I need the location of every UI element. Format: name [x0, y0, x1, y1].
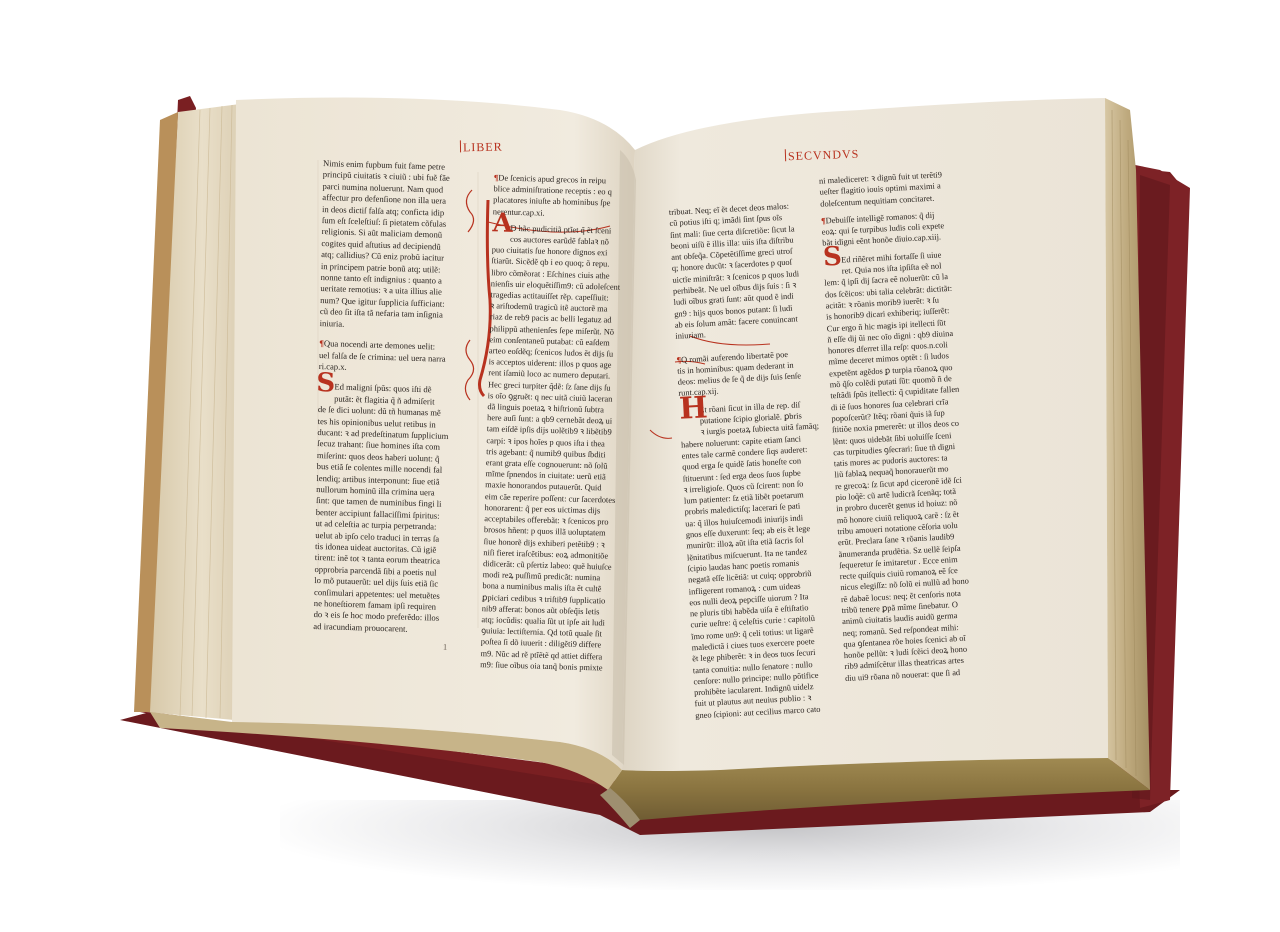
rubricated-initial-s: S: [823, 251, 842, 263]
right-page-column-2: ni malediceret: ꝛ dignũ fuit ut terẽti9 …: [819, 169, 975, 684]
rubric-bar: [785, 149, 786, 161]
left-page-column-2: ¶De ſcenicis apud grecos in reipu blice …: [480, 172, 624, 673]
running-head-right: SECVNDVS: [785, 147, 860, 165]
right-page-column-1: tribuat. Neq; eĩ ẽt decet deos malos: cũ…: [669, 200, 834, 722]
left-page-column-1: Nimis enim fupbum fuit fame petre princi…: [313, 158, 458, 654]
photo-scene: LIBER SECVNDVS Nimis enim fupbum fuit fa…: [0, 0, 1280, 932]
running-head-left: LIBER: [460, 140, 503, 156]
rubricated-initial-a: A: [492, 218, 512, 230]
rubricated-initial-h: H: [679, 402, 708, 415]
open-book: [0, 0, 1280, 932]
rubricated-initial-s: S: [316, 378, 335, 390]
rubric-bar: [460, 140, 461, 152]
